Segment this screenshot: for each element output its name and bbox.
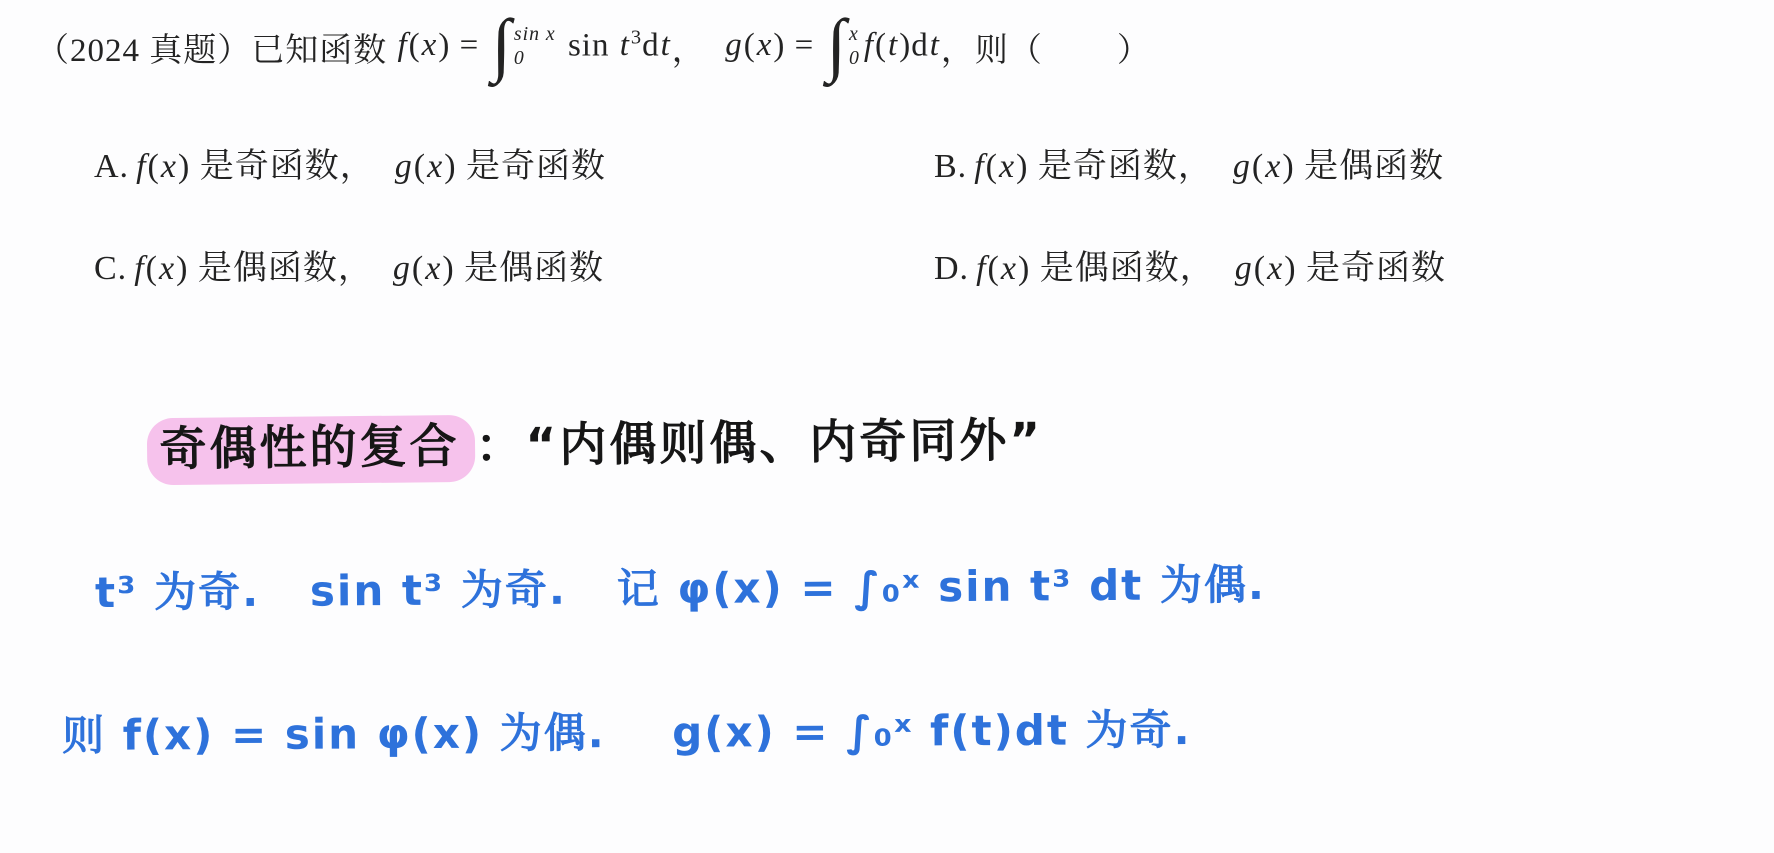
whiteboard-page: （2024 真题）已知函数 f(x) = ∫sin x0 sin t3dt ， … bbox=[0, 0, 1774, 853]
option-c: C. f(x) 是偶函数， g(x) 是偶函数 bbox=[94, 240, 604, 289]
question-separator: ， bbox=[672, 24, 725, 71]
option-b: B. f(x) 是奇函数， g(x) 是偶函数 bbox=[934, 138, 1444, 187]
question-suffix: ，则（ ） bbox=[941, 24, 1151, 71]
option-c-label: C. bbox=[94, 250, 127, 288]
option-c-text: f(x) 是偶函数， g(x) 是偶函数 bbox=[133, 240, 604, 289]
option-d-text: f(x) 是偶函数， g(x) 是奇函数 bbox=[975, 240, 1446, 289]
question-line: （2024 真题）已知函数 f(x) = ∫sin x0 sin t3dt ， … bbox=[36, 14, 1376, 81]
handwritten-work-line-2: 则 f(x) = sin φ(x) 为偶. g(x) = ∫₀ˣ f(t)dt … bbox=[62, 697, 1192, 763]
integral-sign: ∫sin x0 bbox=[491, 14, 555, 81]
option-b-text: f(x) 是奇函数， g(x) 是偶函数 bbox=[973, 138, 1444, 187]
handwritten-rule-note: 奇偶性的复合：“内偶则偶、内奇同外” bbox=[69, 346, 1231, 535]
option-a: A. f(x) 是奇函数， g(x) 是奇函数 bbox=[94, 138, 606, 187]
highlighted-phrase: 奇偶性的复合 bbox=[147, 415, 476, 485]
option-a-label: A. bbox=[94, 148, 129, 186]
question-prefix: （2024 真题）已知函数 bbox=[36, 24, 397, 71]
option-b-label: B. bbox=[934, 148, 967, 186]
handwritten-work-line-1: t³ 为奇. sin t³ 为奇. 记 φ(x) = ∫₀ˣ sin t³ dt… bbox=[95, 552, 1266, 620]
formula-f: f(x) = ∫sin x0 sin t3dt bbox=[397, 14, 672, 81]
option-d-label: D. bbox=[934, 250, 969, 288]
formula-g: g(x) = ∫x0f(t)dt bbox=[724, 14, 941, 81]
option-d: D. f(x) 是偶函数， g(x) 是奇函数 bbox=[934, 240, 1446, 289]
rule-text: ：“内偶则偶、内奇同外” bbox=[475, 413, 1043, 474]
option-a-text: f(x) 是奇函数， g(x) 是奇函数 bbox=[135, 138, 606, 187]
integral-sign: ∫x0 bbox=[827, 14, 860, 81]
